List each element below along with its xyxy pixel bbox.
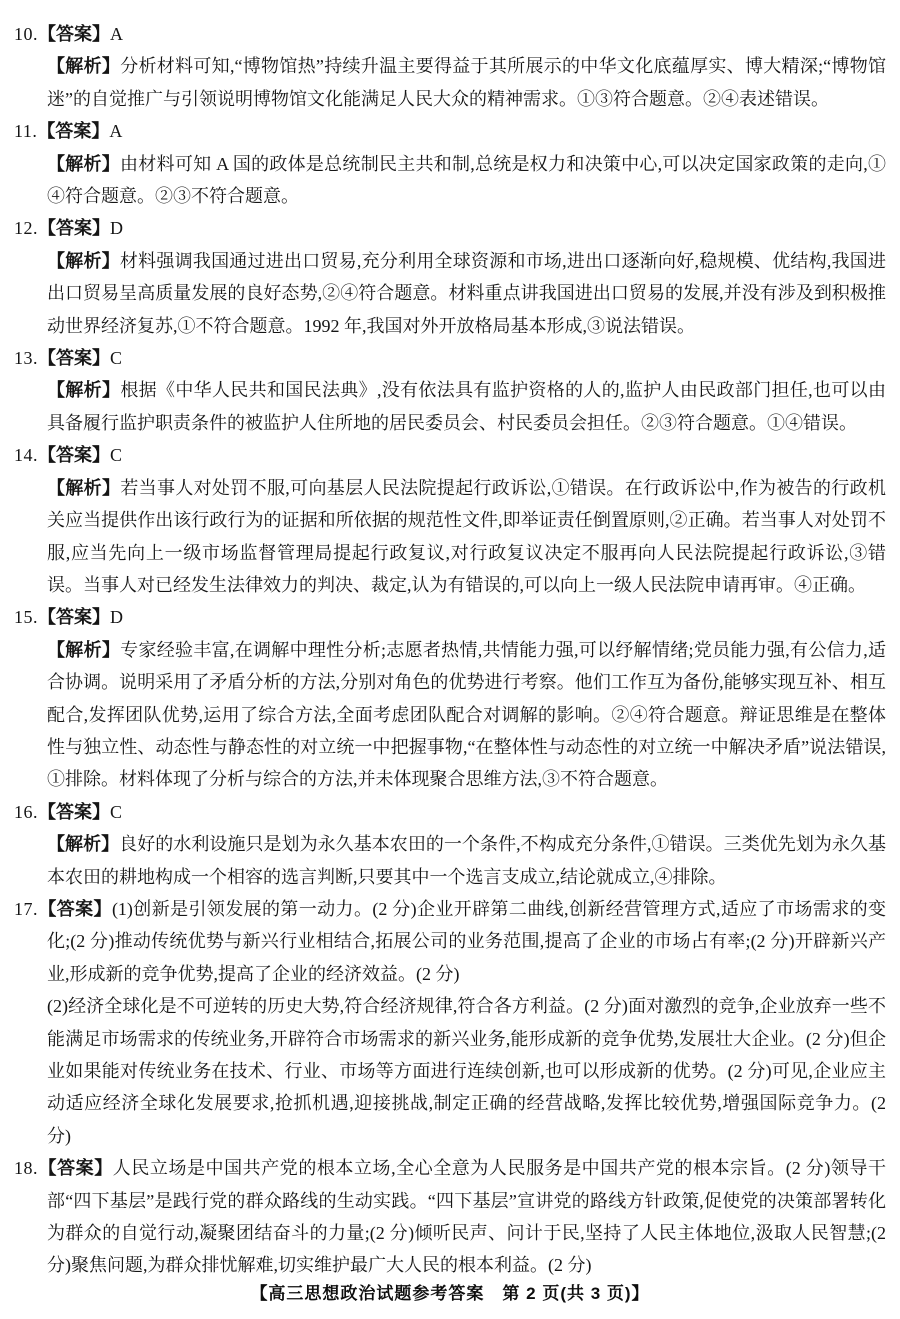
answer-line: 14.【答案】C — [47, 439, 886, 471]
answer-key-page: { "doc": { "footer": "【高三思想政治试题参考答案\u300… — [0, 0, 900, 1319]
question-block-17: 17.【答案】(1)创新是引领发展的第一动力。(2 分)企业开辟第二曲线,创新经… — [14, 893, 886, 1152]
answers-content: 10.【答案】A 【解析】分析材料可知,“博物馆热”持续升温主要得益于其所展示的… — [0, 0, 900, 1282]
answer-label: 【答案】 — [38, 24, 110, 44]
analysis-label: 【解析】 — [47, 56, 120, 76]
answer-line: 11.【答案】A — [47, 115, 886, 147]
analysis-label: 【解析】 — [47, 251, 120, 271]
question-number: 14. — [14, 445, 38, 465]
analysis-paragraph: 【解析】根据《中华人民共和国民法典》,没有依法具有监护资格的人的,监护人由民政部… — [47, 374, 886, 439]
answer-value: A — [109, 121, 122, 141]
answer-value: A — [110, 24, 123, 44]
answer-line: 10.【答案】A — [47, 18, 886, 50]
answer-label: 【答案】 — [37, 121, 109, 141]
question-number: 13. — [14, 348, 38, 368]
answer-line: 13.【答案】C — [47, 342, 886, 374]
answer-label: 【答案】 — [38, 1158, 113, 1178]
answer-value: C — [110, 445, 122, 465]
answer-paragraph: 18.【答案】人民立场是中国共产党的根本立场,全心全意为人民服务是中国共产党的根… — [47, 1152, 886, 1282]
answer-part-2: (2)经济全球化是不可逆转的历史大势,符合经济规律,符合各方利益。(2 分)面对… — [47, 990, 886, 1152]
answer-line: 12.【答案】D — [47, 212, 886, 244]
answer-label: 【答案】 — [38, 802, 110, 822]
question-block-12: 12.【答案】D 【解析】材料强调我国通过进出口贸易,充分利用全球资源和市场,进… — [14, 212, 886, 342]
question-block-11: 11.【答案】A 【解析】由材料可知 A 国的政体是总统制民主共和制,总统是权力… — [14, 115, 886, 212]
answer-label: 【答案】 — [38, 607, 110, 627]
analysis-paragraph: 【解析】良好的水利设施只是划为永久基本农田的一个条件,不构成充分条件,①错误。三… — [47, 828, 886, 893]
answer-line: 15.【答案】D — [47, 601, 886, 633]
analysis-text: 若当事人对处罚不服,可向基层人民法院提起行政诉讼,①错误。在行政诉讼中,作为被告… — [47, 478, 886, 595]
analysis-label: 【解析】 — [47, 834, 119, 854]
analysis-label: 【解析】 — [47, 640, 120, 660]
answer-part-1: (1)创新是引领发展的第一动力。(2 分)企业开辟第二曲线,创新经营管理方式,适… — [47, 899, 886, 984]
analysis-label: 【解析】 — [47, 154, 120, 174]
answer-value: D — [110, 607, 123, 627]
answer-label: 【答案】 — [38, 348, 110, 368]
page-footer: 【高三思想政治试题参考答案 第 2 页(共 3 页)】 — [0, 1283, 900, 1305]
analysis-text: 材料强调我国通过进出口贸易,充分利用全球资源和市场,进出口逐渐向好,稳规模、优结… — [47, 251, 886, 336]
analysis-text: 专家经验丰富,在调解中理性分析;志愿者热情,共情能力强,可以纾解情绪;党员能力强… — [47, 640, 886, 790]
analysis-text: 良好的水利设施只是划为永久基本农田的一个条件,不构成充分条件,①错误。三类优先划… — [47, 834, 886, 886]
analysis-label: 【解析】 — [47, 380, 120, 400]
question-block-15: 15.【答案】D 【解析】专家经验丰富,在调解中理性分析;志愿者热情,共情能力强… — [14, 601, 886, 795]
answer-value: D — [110, 218, 123, 238]
question-number: 15. — [14, 607, 38, 627]
answer-label: 【答案】 — [38, 445, 110, 465]
question-number: 10. — [14, 24, 38, 44]
question-number: 16. — [14, 802, 38, 822]
analysis-paragraph: 【解析】分析材料可知,“博物馆热”持续升温主要得益于其所展示的中华文化底蕴厚实、… — [47, 50, 886, 115]
answer-line: 16.【答案】C — [47, 796, 886, 828]
answer-value: C — [110, 348, 122, 368]
analysis-text: 根据《中华人民共和国民法典》,没有依法具有监护资格的人的,监护人由民政部门担任,… — [47, 380, 886, 432]
question-number: 12. — [14, 218, 38, 238]
question-block-14: 14.【答案】C 【解析】若当事人对处罚不服,可向基层人民法院提起行政诉讼,①错… — [14, 439, 886, 601]
analysis-paragraph: 【解析】若当事人对处罚不服,可向基层人民法院提起行政诉讼,①错误。在行政诉讼中,… — [47, 472, 886, 602]
question-number: 11. — [14, 121, 37, 141]
analysis-paragraph: 【解析】材料强调我国通过进出口贸易,充分利用全球资源和市场,进出口逐渐向好,稳规… — [47, 245, 886, 342]
answer-value: C — [110, 802, 122, 822]
question-block-13: 13.【答案】C 【解析】根据《中华人民共和国民法典》,没有依法具有监护资格的人… — [14, 342, 886, 439]
answer-label: 【答案】 — [38, 899, 112, 919]
question-number: 17. — [14, 899, 38, 919]
question-block-18: 18.【答案】人民立场是中国共产党的根本立场,全心全意为人民服务是中国共产党的根… — [14, 1152, 886, 1282]
question-block-10: 10.【答案】A 【解析】分析材料可知,“博物馆热”持续升温主要得益于其所展示的… — [14, 18, 886, 115]
analysis-text: 由材料可知 A 国的政体是总统制民主共和制,总统是权力和决策中心,可以决定国家政… — [47, 154, 886, 206]
analysis-label: 【解析】 — [47, 478, 120, 498]
analysis-text: 分析材料可知,“博物馆热”持续升温主要得益于其所展示的中华文化底蕴厚实、博大精深… — [47, 56, 886, 108]
answer-paragraph: 17.【答案】(1)创新是引领发展的第一动力。(2 分)企业开辟第二曲线,创新经… — [47, 893, 886, 990]
answer-label: 【答案】 — [38, 218, 110, 238]
answer-text: 人民立场是中国共产党的根本立场,全心全意为人民服务是中国共产党的根本宗旨。(2 … — [47, 1158, 886, 1275]
answer-part-2-text: (2)经济全球化是不可逆转的历史大势,符合经济规律,符合各方利益。(2 分)面对… — [47, 996, 886, 1146]
analysis-paragraph: 【解析】专家经验丰富,在调解中理性分析;志愿者热情,共情能力强,可以纾解情绪;党… — [47, 634, 886, 796]
analysis-paragraph: 【解析】由材料可知 A 国的政体是总统制民主共和制,总统是权力和决策中心,可以决… — [47, 148, 886, 213]
question-block-16: 16.【答案】C 【解析】良好的水利设施只是划为永久基本农田的一个条件,不构成充… — [14, 796, 886, 893]
question-number: 18. — [14, 1158, 38, 1178]
